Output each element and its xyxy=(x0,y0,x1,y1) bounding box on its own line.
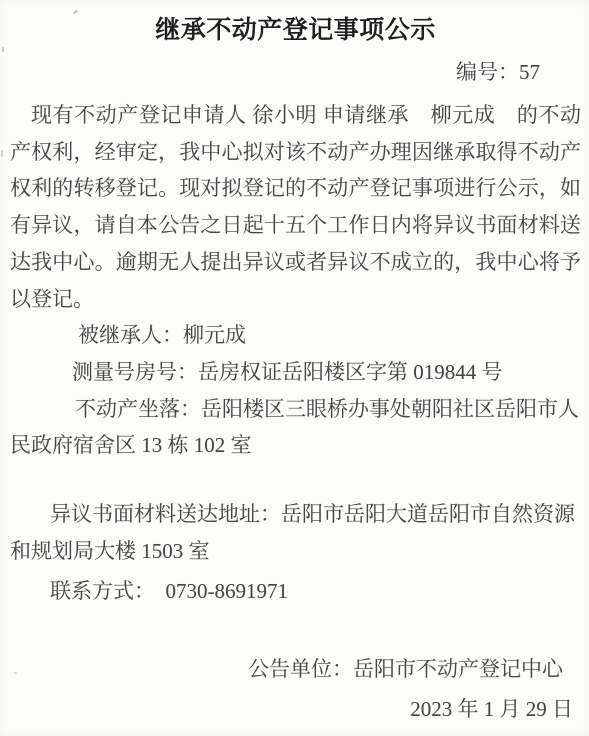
paragraph-line: 达我中心。逾期无人提出异议或者异议不成立的，我中心将予 xyxy=(10,244,581,281)
scan-artifact xyxy=(1,150,3,157)
detail-line-decedent: 被继承人：柳元成 xyxy=(10,317,581,354)
scan-artifact xyxy=(14,672,17,674)
contact-line-address: 异议书面材料送达地址：岳阳市岳阳大道岳阳市自然资源 xyxy=(10,496,581,533)
scan-artifact xyxy=(2,47,4,52)
date-line: 2023 年 1 月 29 日 xyxy=(10,691,581,728)
paragraph-line: 现有不动产登记申请人 徐小明 申请继承 柳元成 的不动 xyxy=(10,97,581,134)
notice-document: 继承不动产登记事项公示 编号：57 现有不动产登记申请人 徐小明 申请继承 柳元… xyxy=(0,0,589,736)
contact-line-phone: 联系方式： 0730-8691971 xyxy=(10,573,581,610)
paragraph-line: 以登记。 xyxy=(10,281,581,318)
notice-body: 现有不动产登记申请人 徐小明 申请继承 柳元成 的不动 产权利，经审定，我中心拟… xyxy=(10,97,581,728)
notice-title: 继承不动产登记事项公示 xyxy=(10,12,581,48)
detail-line-property-location-cont: 民政府宿舍区 13 栋 102 室 xyxy=(10,427,581,464)
contact-line-address-cont: 和规划局大楼 1503 室 xyxy=(10,533,581,570)
paragraph-line: 权利的转移登记。现对拟登记的不动产登记事项进行公示，如 xyxy=(10,170,581,207)
issuer-line: 公告单位：岳阳市不动产登记中心 xyxy=(10,651,581,688)
detail-line-property-location: 不动产坐落：岳阳楼区三眼桥办事处朝阳社区岳阳市人 xyxy=(10,391,581,428)
paragraph-line: 产权利，经审定，我中心拟对该不动产办理因继承取得不动产 xyxy=(10,134,581,171)
paragraph-line: 有异议，请自本公告之日起十五个工作日内将异议书面材料送 xyxy=(10,207,581,244)
doc-number: 编号：57 xyxy=(10,54,581,90)
detail-line-survey-number: 测量号房号：岳房权证岳阳楼区字第 019844 号 xyxy=(10,354,581,391)
